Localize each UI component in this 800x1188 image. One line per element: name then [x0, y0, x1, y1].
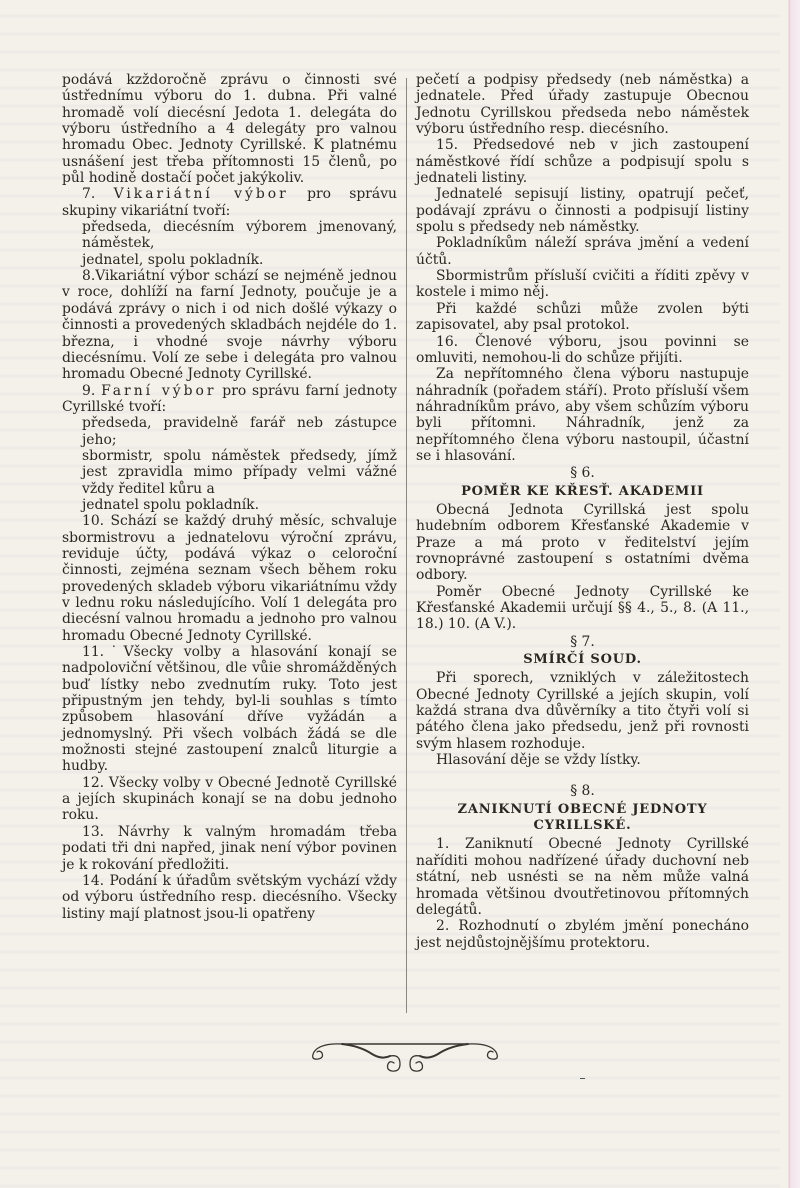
list-item: předseda, diecésním výborem jmenovaný, n…: [62, 219, 397, 252]
paragraph-sbormistr: Sbormistrům přísluší cvičiti a říditi zp…: [416, 268, 749, 301]
paragraph-continuation: pečetí a podpisy předsedy (neb náměstka)…: [416, 72, 749, 137]
paragraph-9: 9. Farní výbor pro správu farní jednoty …: [62, 383, 397, 416]
section-title: POMĚR KE KŘESŤ. AKADEMII: [416, 484, 749, 500]
list-item: sbormistr, spolu náměstek předsedy, jímž…: [62, 448, 397, 497]
section-7-paragraph-2: Hlasování děje se vždy lístky.: [416, 752, 749, 768]
paragraph-14: 14. Podání k úřadům světským vychází vžd…: [62, 873, 397, 922]
section-number: § 8.: [416, 783, 749, 799]
right-column: pečetí a podpisy předsedy (neb náměstka)…: [416, 72, 749, 951]
section-number: § 7.: [416, 634, 749, 650]
paragraph-15: 15. Předsedové neb v jich zastoupení nám…: [416, 137, 749, 186]
paragraph-12: 12. Všecky volby v Obecné Jednotě Cyrill…: [62, 775, 397, 824]
left-column: podává kzždoročně zprávu o činnosti své …: [62, 72, 397, 922]
list-item: předseda, pravidelně farář neb zástupce …: [62, 415, 397, 448]
page-edge: [782, 0, 800, 1188]
paragraph-10: 10. Schází se každý druhý měsíc, schvalu…: [62, 513, 397, 644]
paragraph-11: 11.˙Všecky volby a hlasování konají se n…: [62, 644, 397, 775]
paragraph-number: 7.: [82, 186, 95, 202]
section-6-paragraph-1: Obecná Jednota Cyrillská jest spolu hude…: [416, 502, 749, 584]
section-title-line: CYRILLSKÉ.: [416, 818, 749, 834]
paragraph-schuze: Při každé schůzi může zvolen býti zapiso…: [416, 301, 749, 334]
print-speck: [580, 1078, 585, 1079]
section-8-paragraph-1: 1. Zaniknutí Obecné Jednoty Cyrillské na…: [416, 836, 749, 918]
paragraph-7: 7. Vikariátní výbor pro správu skupiny v…: [62, 186, 397, 219]
paragraph-8: 8.Vikariátní výbor schází se nejméně jed…: [62, 268, 397, 382]
section-title: ZANIKNUTÍ OBECNÉ JEDNOTY CYRILLSKÉ.: [416, 802, 749, 835]
paragraph-number: 9.: [82, 383, 95, 399]
paragraph-pokladnik: Pokladníkům náleží správa jmění a vedení…: [416, 235, 749, 268]
paragraph-16: 16. Členové výboru, jsou povinni se omlu…: [416, 334, 749, 367]
section-title: SMÍRČÍ SOUD.: [416, 652, 749, 668]
section-8-paragraph-2: 2. Rozhodnutí o zbylém jmění ponecháno j…: [416, 918, 749, 951]
paragraph-13: 13. Návrhy k valným hromadám třeba podat…: [62, 824, 397, 873]
list-item: jednatel spolu pokladník.: [62, 497, 397, 513]
spaced-term: Farní výbor: [101, 383, 216, 399]
section-6-paragraph-2: Poměr Obecné Jednoty Cyrillské ke Křesťa…: [416, 584, 749, 633]
section-number: § 6.: [416, 465, 749, 481]
paragraph-nahradnik: Za nepřítomného člena výboru nastupuje n…: [416, 366, 749, 464]
list-item: jednatel, spolu pokladník.: [62, 252, 397, 268]
spaced-term: Vikariátní výbor: [114, 186, 289, 202]
paragraph-continuation: podává kzždoročně zprávu o činnosti své …: [62, 72, 397, 186]
paragraph-jednatele: Jednatelé sepisují listiny, opatrují peč…: [416, 186, 749, 235]
column-divider: [406, 78, 407, 1013]
section-title-line: ZANIKNUTÍ OBECNÉ JEDNOTY: [416, 802, 749, 818]
section-7-paragraph-1: Při sporech, vzniklých v záležitostech O…: [416, 670, 749, 752]
scroll-flourish-ornament-icon: [300, 1040, 510, 1074]
